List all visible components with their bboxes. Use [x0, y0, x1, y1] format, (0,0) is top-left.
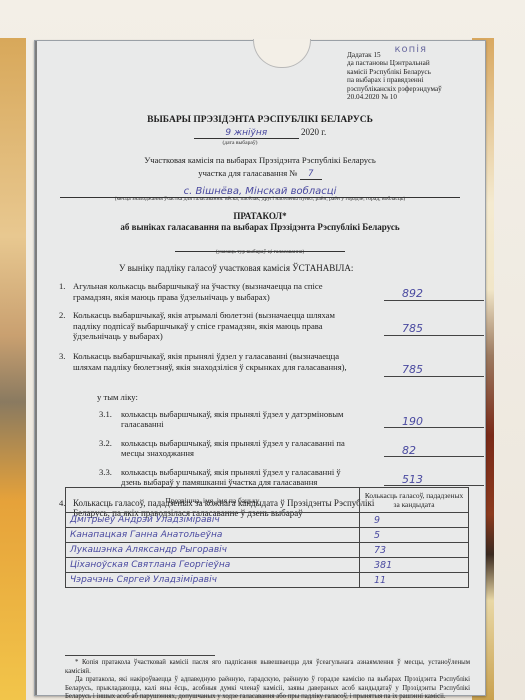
candidate-votes: 5 — [360, 528, 469, 543]
table-row: Канапацкая Ганна Анатольеўна 5 — [66, 528, 469, 543]
precinct-line: участка для галасавання № 7 — [35, 168, 485, 180]
including-label: у тым ліку: — [97, 392, 469, 402]
candidate-name: Чэрачэнь Сяргей Уладзіміравіч — [66, 573, 360, 588]
sleeve-notch — [253, 39, 311, 68]
candidate-votes: 9 — [360, 513, 469, 528]
protocol-subtitle: аб выніках галасавання па выбарах Прэзід… — [35, 222, 485, 232]
result-value-3-3: 513 — [384, 475, 484, 486]
candidate-name: Дмітрыеў Андрэй Уладзіміравіч — [66, 513, 360, 528]
protocol-title: ПРАТАКОЛ* — [35, 211, 485, 221]
appendix-note: Дадатак 15 да пастановы Цэнтральнай камі… — [347, 51, 442, 101]
result-item-3-2: 3.2. колькасць выбаршчыкаў, якія прынялі… — [59, 438, 469, 460]
election-title: ВЫБАРЫ ПРЭЗІДЭНТА РЭСПУБЛІКІ БЕЛАРУСЬ — [35, 115, 485, 125]
result-value-3: 785 — [384, 365, 484, 376]
type-caption: (указаць тур выбараў ці галасавання) — [35, 249, 485, 255]
result-item-3-1: 3.1. колькасць выбаршчыкаў, якія прынялі… — [59, 409, 469, 431]
protocol-sheet: копія Дадатак 15 да пастановы Цэнтральна… — [34, 40, 486, 696]
date-caption: (дата выбараў) — [15, 140, 465, 146]
results-intro: У выніку падліку галасоў участковая камі… — [119, 263, 469, 273]
table-row: Ціханоўская Святлана Георгіеўна 381 — [66, 558, 469, 573]
header-votes: Колькасць галасоў, пададзеных за кандыда… — [360, 488, 469, 513]
footnote-2: Да пратакола, які накіроўваецца ў адпаве… — [65, 676, 470, 700]
table-row: Дмітрыеў Андрэй Уладзіміравіч 9 — [66, 513, 469, 528]
election-year: 2020 г. — [301, 127, 326, 137]
table-header: Прозвішча, імя, імя па бацьку Колькасць … — [66, 488, 469, 513]
candidate-votes: 381 — [360, 558, 469, 573]
footnote-divider — [65, 655, 215, 656]
commission-line: Участковая камісія па выбарах Прэзідэнта… — [35, 155, 485, 165]
candidate-votes: 11 — [360, 573, 469, 588]
precinct-label: участка для галасавання № — [198, 168, 297, 178]
result-item-2: 2. Колькасць выбаршчыкаў, якія атрымалі … — [59, 310, 469, 344]
election-date: 9 жніўня — [194, 128, 299, 139]
table-row: Чэрачэнь Сяргей Уладзіміравіч 11 — [66, 573, 469, 588]
result-value-3-1: 190 — [384, 417, 484, 428]
candidate-name: Лукашэнка Аляксандр Рыгоравіч — [66, 543, 360, 558]
candidate-name: Ціханоўская Святлана Георгіеўна — [66, 558, 360, 573]
result-value-2: 785 — [384, 324, 484, 335]
candidates-table: Прозвішча, імя, імя па бацьку Колькасць … — [65, 487, 469, 588]
result-value-3-2: 82 — [384, 446, 484, 457]
table-row: Лукашэнка Аляксандр Рыгоравіч 73 — [66, 543, 469, 558]
precinct-number: 7 — [300, 169, 322, 180]
header-name: Прозвішча, імя, імя па бацьку — [66, 488, 360, 513]
candidate-votes: 73 — [360, 543, 469, 558]
footnote-1: * Копія пратакола ўчастковай камісіі пас… — [65, 659, 470, 676]
location-caption: (месца знаходжання ўчастка для галасаван… — [35, 196, 485, 202]
election-date-line: 9 жніўня 2020 г. — [35, 127, 485, 139]
result-item-3: 3. Колькасць выбаршчыкаў, якія прынялі ў… — [59, 351, 469, 385]
candidate-name: Канапацкая Ганна Анатольеўна — [66, 528, 360, 543]
result-value-1: 892 — [384, 289, 484, 300]
footnote: * Копія пратакола ўчастковай камісіі пас… — [65, 659, 470, 700]
frame-left-edge — [0, 38, 26, 700]
result-item-1: 1. Агульная колькасць выбаршчыкаў на ўча… — [59, 281, 469, 303]
